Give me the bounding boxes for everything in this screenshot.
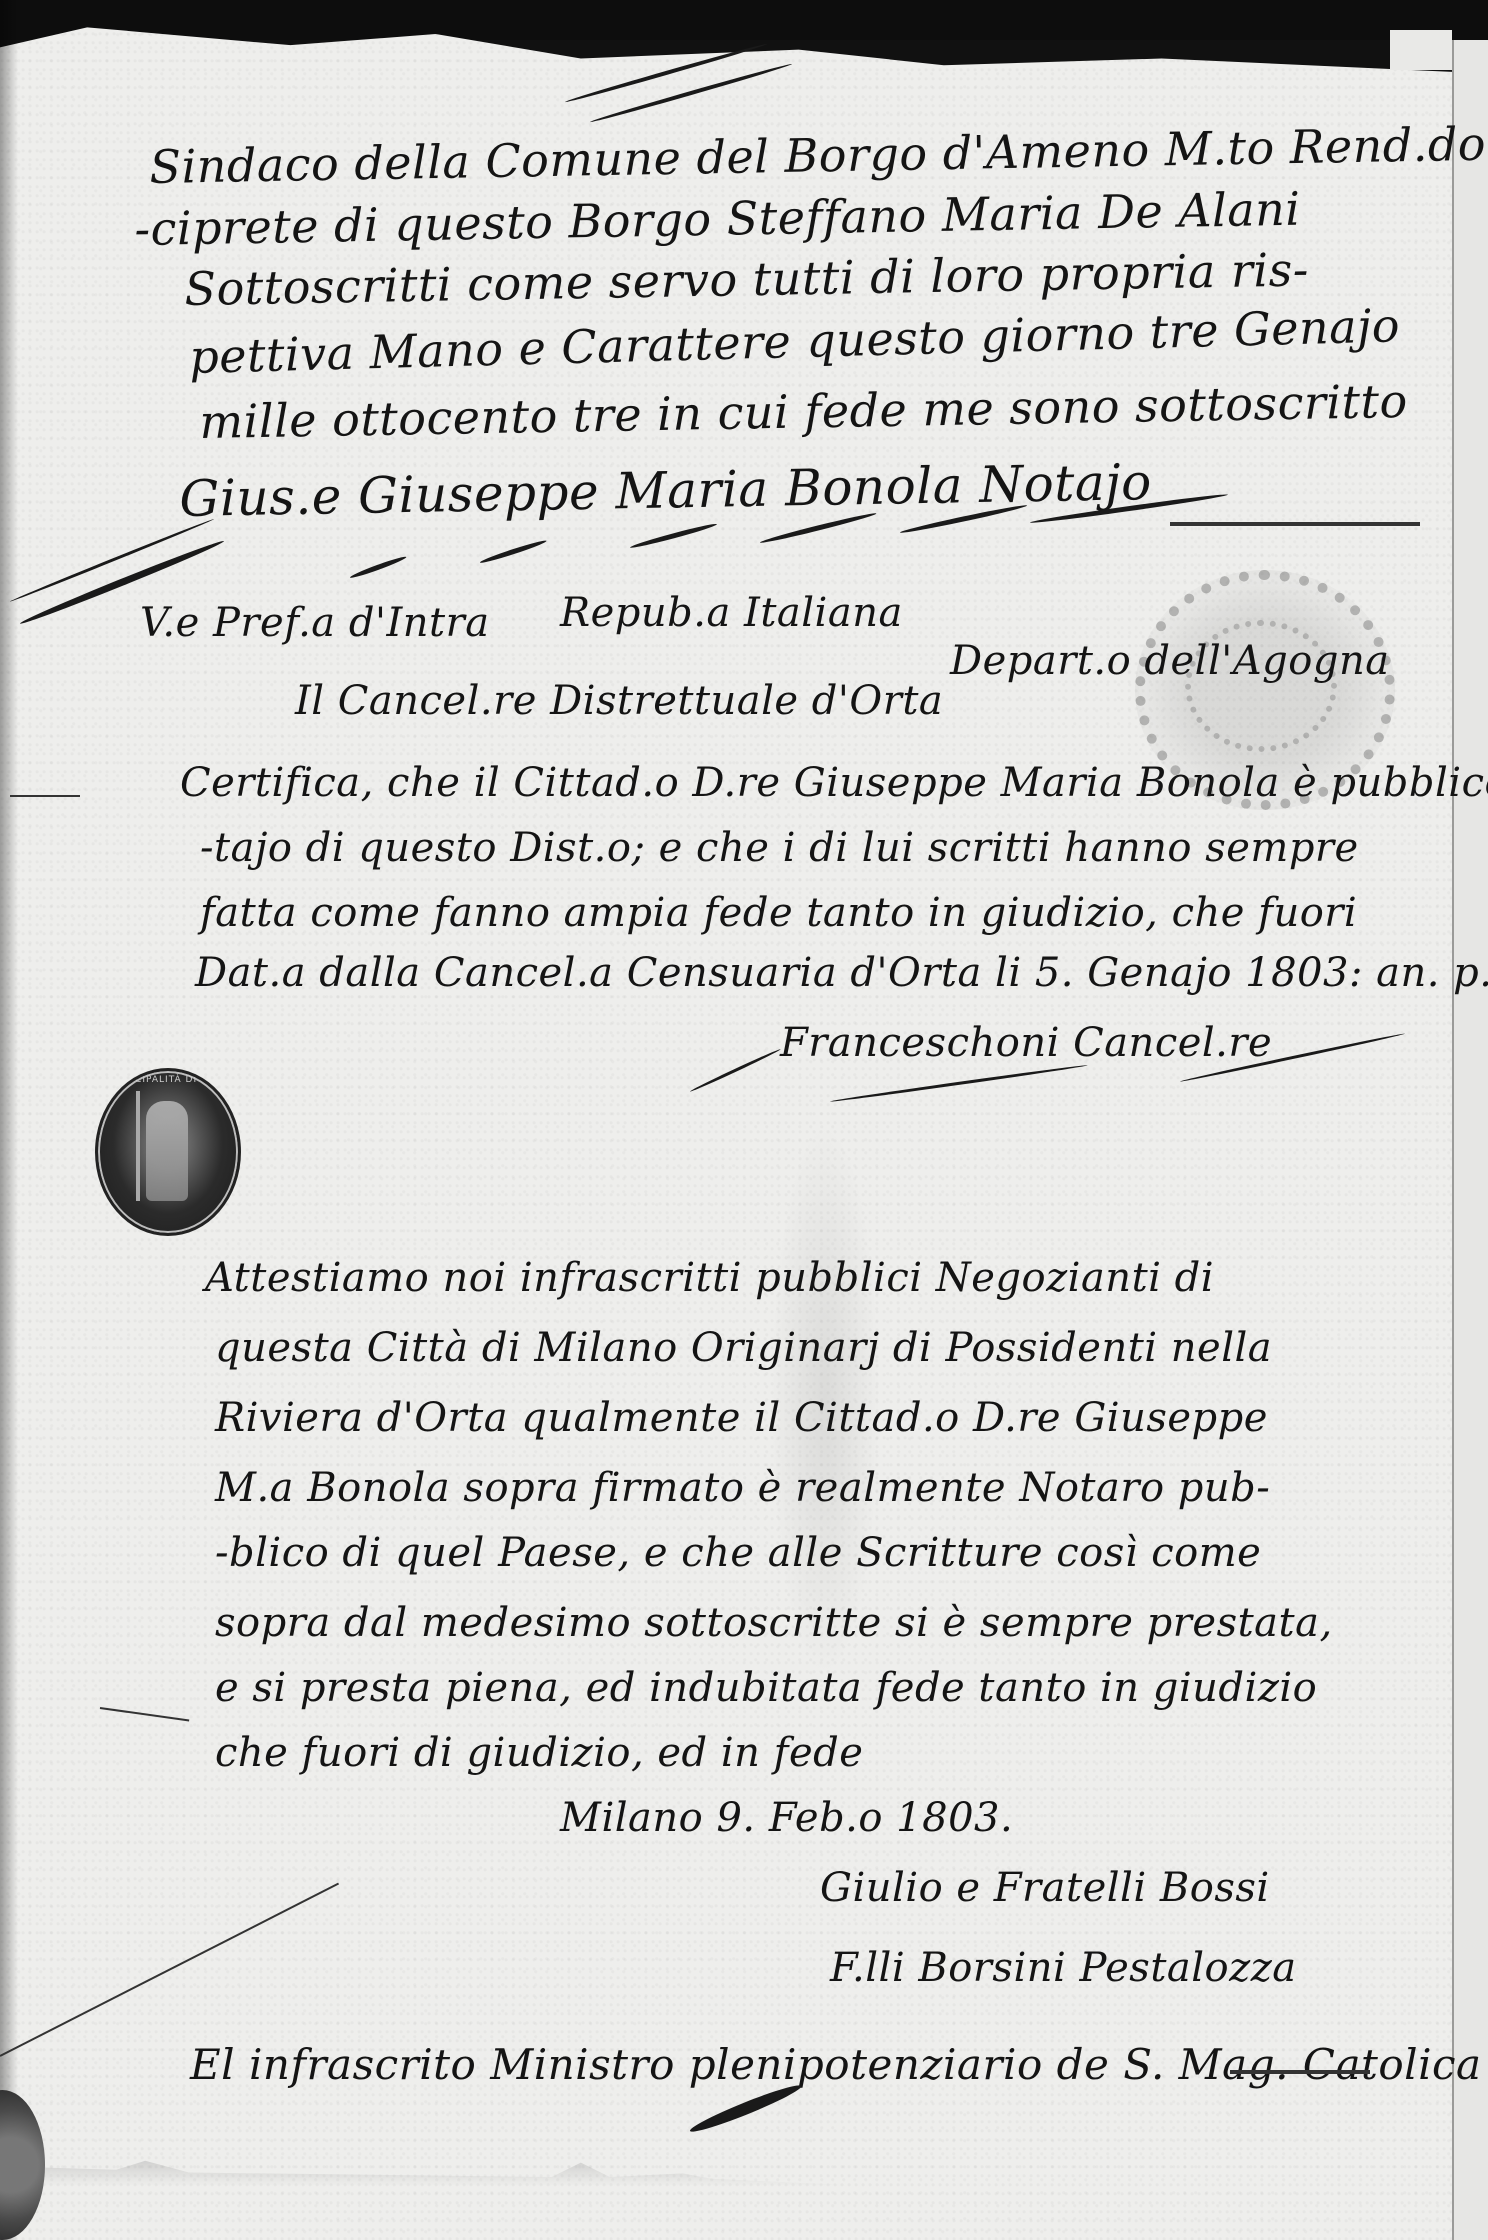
section2-line-4: Dat.a dalla Cancel.a Censuaria d'Orta li…: [195, 950, 1488, 996]
seal-staff-icon: [136, 1091, 140, 1201]
seal-figure-icon: [146, 1101, 188, 1201]
section3-line-7: e si presta piena, ed indubitata fede ta…: [215, 1665, 1317, 1711]
section2-line-2: -tajo di questo Dist.o; e che i di lui s…: [200, 825, 1359, 871]
seal-inscription: MUNICIPALITÀ DI ORTA: [98, 1075, 238, 1085]
merchant-signature-1: Giulio e Fratelli Bossi: [820, 1865, 1270, 1911]
page-corner: [1390, 30, 1452, 70]
signature-underline: [1230, 2070, 1370, 2074]
merchant-signature-2: F.lli Borsini Pestalozza: [830, 1945, 1297, 1991]
page-fold-shadow: [0, 0, 18, 2240]
scan-top-edge: [0, 0, 1488, 40]
section4-line: El infrascrito Ministro plenipotenziario…: [190, 2040, 1482, 2089]
municipal-seal: MUNICIPALITÀ DI ORTA: [95, 1068, 241, 1236]
republic-heading: Repub.a Italiana: [560, 590, 903, 636]
section2-line-1: Certifica, che il Cittad.o D.re Giuseppe…: [180, 760, 1488, 806]
section3-line-8: che fuori di giudizio, ed in fede: [215, 1730, 863, 1776]
chancellor-signature: Franceschoni Cancel.re: [780, 1020, 1272, 1066]
section3-line-4: M.a Bonola sopra firmato è realmente Not…: [215, 1465, 1270, 1511]
signature-underline: [1170, 522, 1420, 526]
binding-edge: [1452, 40, 1488, 2240]
section3-line-2: questa Città di Milano Originarj di Poss…: [215, 1325, 1272, 1371]
date-place: Milano 9. Feb.o 1803.: [560, 1795, 1013, 1841]
section3-line-3: Riviera d'Orta qualmente il Cittad.o D.r…: [215, 1395, 1268, 1441]
chancellor-office: Il Cancel.re Distrettuale d'Orta: [295, 678, 943, 724]
prefecture-margin-note: V.e Pref.a d'Intra: [140, 600, 490, 646]
section3-line-1: Attestiamo noi infrascritti pubblici Neg…: [205, 1255, 1214, 1301]
section3-line-6: sopra dal medesimo sottoscritte si è sem…: [215, 1600, 1333, 1646]
margin-rule: [10, 795, 80, 797]
section2-line-3: fatta come fanno ampia fede tanto in giu…: [200, 890, 1357, 936]
department-label: Depart.o dell'Agogna: [950, 638, 1390, 684]
section3-line-5: -blico di quel Paese, e che alle Scrittu…: [215, 1530, 1261, 1576]
